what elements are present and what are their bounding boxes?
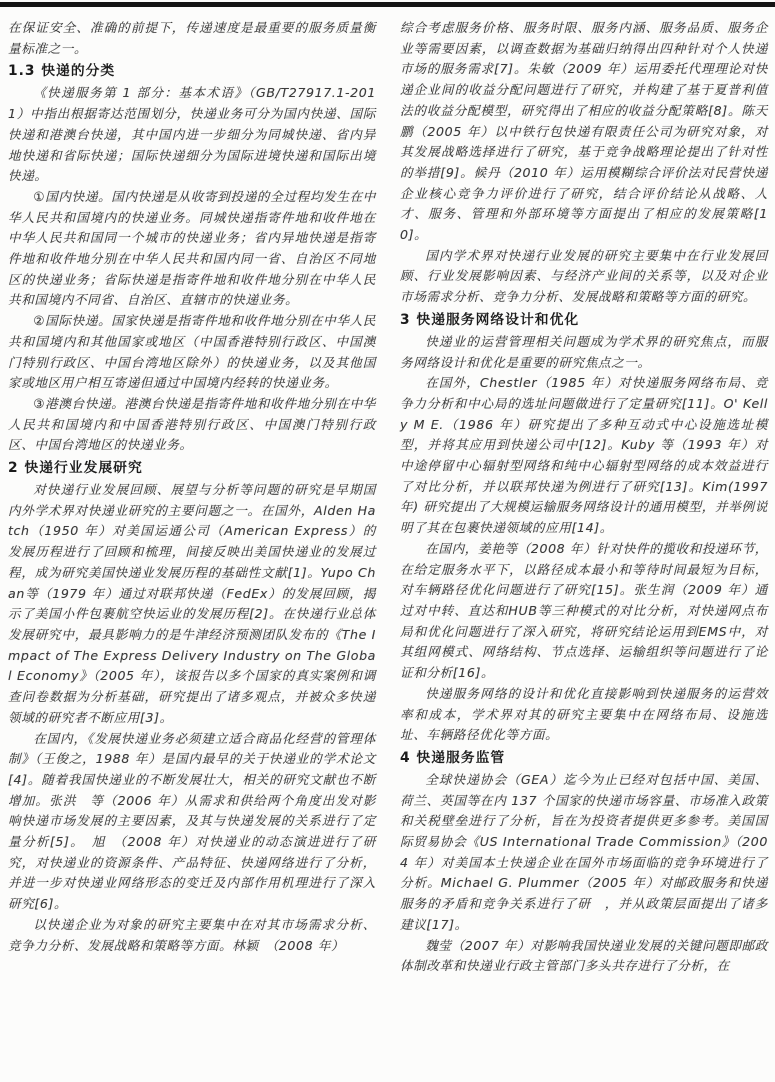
body-paragraph: 综合考虑服务价格、服务时限、服务内涵、服务品质、服务企业等需要因素，以调查数据为… bbox=[400, 18, 768, 246]
body-paragraph: ①国内快递。国内快递是从收寄到投递的全过程均发生在中华人民共和国境内的快递业务。… bbox=[8, 187, 376, 311]
page-top-edge-bar bbox=[0, 2, 775, 7]
body-paragraph: ③港澳台快递。港澳台快递是指寄件地和收件地分别在中华人民共和国境内和中国香港特别… bbox=[8, 394, 376, 456]
body-paragraph: 国内学术界对快递行业发展的研究主要集中在行业发展回顾、行业发展影响因素、与经济产… bbox=[400, 246, 768, 308]
body-paragraph: 在保证安全、准确的前提下，传递速度是最重要的服务质量衡量标准之一。 bbox=[8, 18, 376, 59]
body-paragraph: 魏莹（2007 年）对影响我国快递业发展的关键问题即邮政体制改革和快递业行政主管… bbox=[400, 936, 768, 977]
section-heading-2: 2 快递行业发展研究 bbox=[8, 458, 376, 479]
section-heading-4: 4 快递服务监管 bbox=[400, 748, 768, 769]
body-paragraph: 《快递服务第 1 部分：基本术语》（GB/T27917.1-2011）中指出根据… bbox=[8, 83, 376, 187]
column-left: 在保证安全、准确的前提下，传递速度是最重要的服务质量衡量标准之一。 1.3 快递… bbox=[8, 18, 376, 977]
column-right: 综合考虑服务价格、服务时限、服务内涵、服务品质、服务企业等需要因素，以调查数据为… bbox=[400, 18, 768, 977]
section-heading-3: 3 快递服务网络设计和优化 bbox=[400, 310, 768, 331]
body-paragraph: 快递服务网络的设计和优化直接影响到快递服务的运营效率和成本，学术界对其的研究主要… bbox=[400, 684, 768, 746]
manuscript-page: 在保证安全、准确的前提下，传递速度是最重要的服务质量衡量标准之一。 1.3 快递… bbox=[8, 18, 768, 977]
body-paragraph: 快递业的运营管理相关问题成为学术界的研究焦点，而服务网络设计和优化是重要的研究焦… bbox=[400, 332, 768, 373]
section-heading-1-3: 1.3 快递的分类 bbox=[8, 61, 376, 82]
body-paragraph: 在国内，《发展快递业务必须建立适合商品化经营的管理体制》（王俊之，1988 年）… bbox=[8, 729, 376, 915]
body-paragraph: ②国际快递。国家快递是指寄件地和收件地分别在中华人民共和国境内和其他国家或地区（… bbox=[8, 311, 376, 394]
body-paragraph: 以快递企业为对象的研究主要集中在对其市场需求分析、竞争力分析、发展战略和策略等方… bbox=[8, 915, 376, 956]
body-paragraph: 在国外，Chestler（1985 年）对快递服务网络布局、竞争力分析和中心局的… bbox=[400, 373, 768, 539]
body-paragraph: 在国内，姜艳等（2008 年）针对快件的揽收和投递环节，在给定服务水平下，以路径… bbox=[400, 539, 768, 684]
body-paragraph: 全球快递协会（GEA）迄今为止已经对包括中国、美国、荷兰、英国等在内 137 个… bbox=[400, 770, 768, 936]
body-paragraph: 对快递行业发展回顾、展望与分析等问题的研究是早期国内外学术界对快递业研究的主要问… bbox=[8, 480, 376, 728]
